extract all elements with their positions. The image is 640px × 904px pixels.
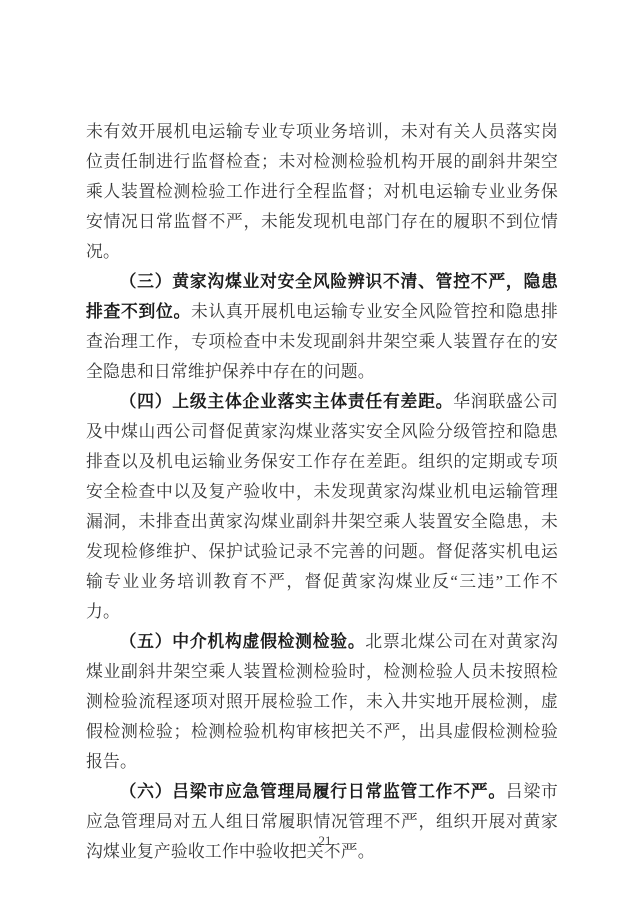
paragraph-heading: （四）上级主体企业落实主体责任有差距。	[120, 392, 454, 411]
paragraph-text: 未有效开展机电运输专业专项业务培训，未对有关人员落实岗位责任制进行监督检查；未对…	[86, 122, 558, 261]
paragraph: （六）吕梁市应急管理局履行日常监管工作不严。吕梁市应急管理局对五人组日常履职情况…	[86, 777, 558, 867]
paragraph: 未有效开展机电运输专业专项业务培训，未对有关人员落实岗位责任制进行监督检查；未对…	[86, 117, 558, 267]
page-number: 21	[0, 833, 640, 848]
paragraph-text: 华润联盛公司及中煤山西公司督促黄家沟煤业落实安全风险分级管控和隐患排查以及机电运…	[86, 392, 558, 621]
paragraph: （三）黄家沟煤业对安全风险辨识不清、管控不严，隐患排查不到位。未认真开展机电运输…	[86, 267, 558, 387]
paragraph: （五）中介机构虚假检测检验。北票北煤公司在对黄家沟煤业副斜井架空乘人装置检测检验…	[86, 627, 558, 777]
paragraph: （四）上级主体企业落实主体责任有差距。华润联盛公司及中煤山西公司督促黄家沟煤业落…	[86, 387, 558, 627]
paragraph-text: 北票北煤公司在对黄家沟煤业副斜井架空乘人装置检测检验时，检测检验人员未按照检测检…	[86, 632, 558, 771]
document-content: 未有效开展机电运输专业专项业务培训，未对有关人员落实岗位责任制进行监督检查；未对…	[86, 117, 558, 867]
paragraph-heading: （五）中介机构虚假检测检验。	[120, 632, 366, 651]
document-page: 未有效开展机电运输专业专项业务培训，未对有关人员落实岗位责任制进行监督检查；未对…	[0, 0, 640, 904]
paragraph-heading: （六）吕梁市应急管理局履行日常监管工作不严。	[120, 782, 506, 801]
